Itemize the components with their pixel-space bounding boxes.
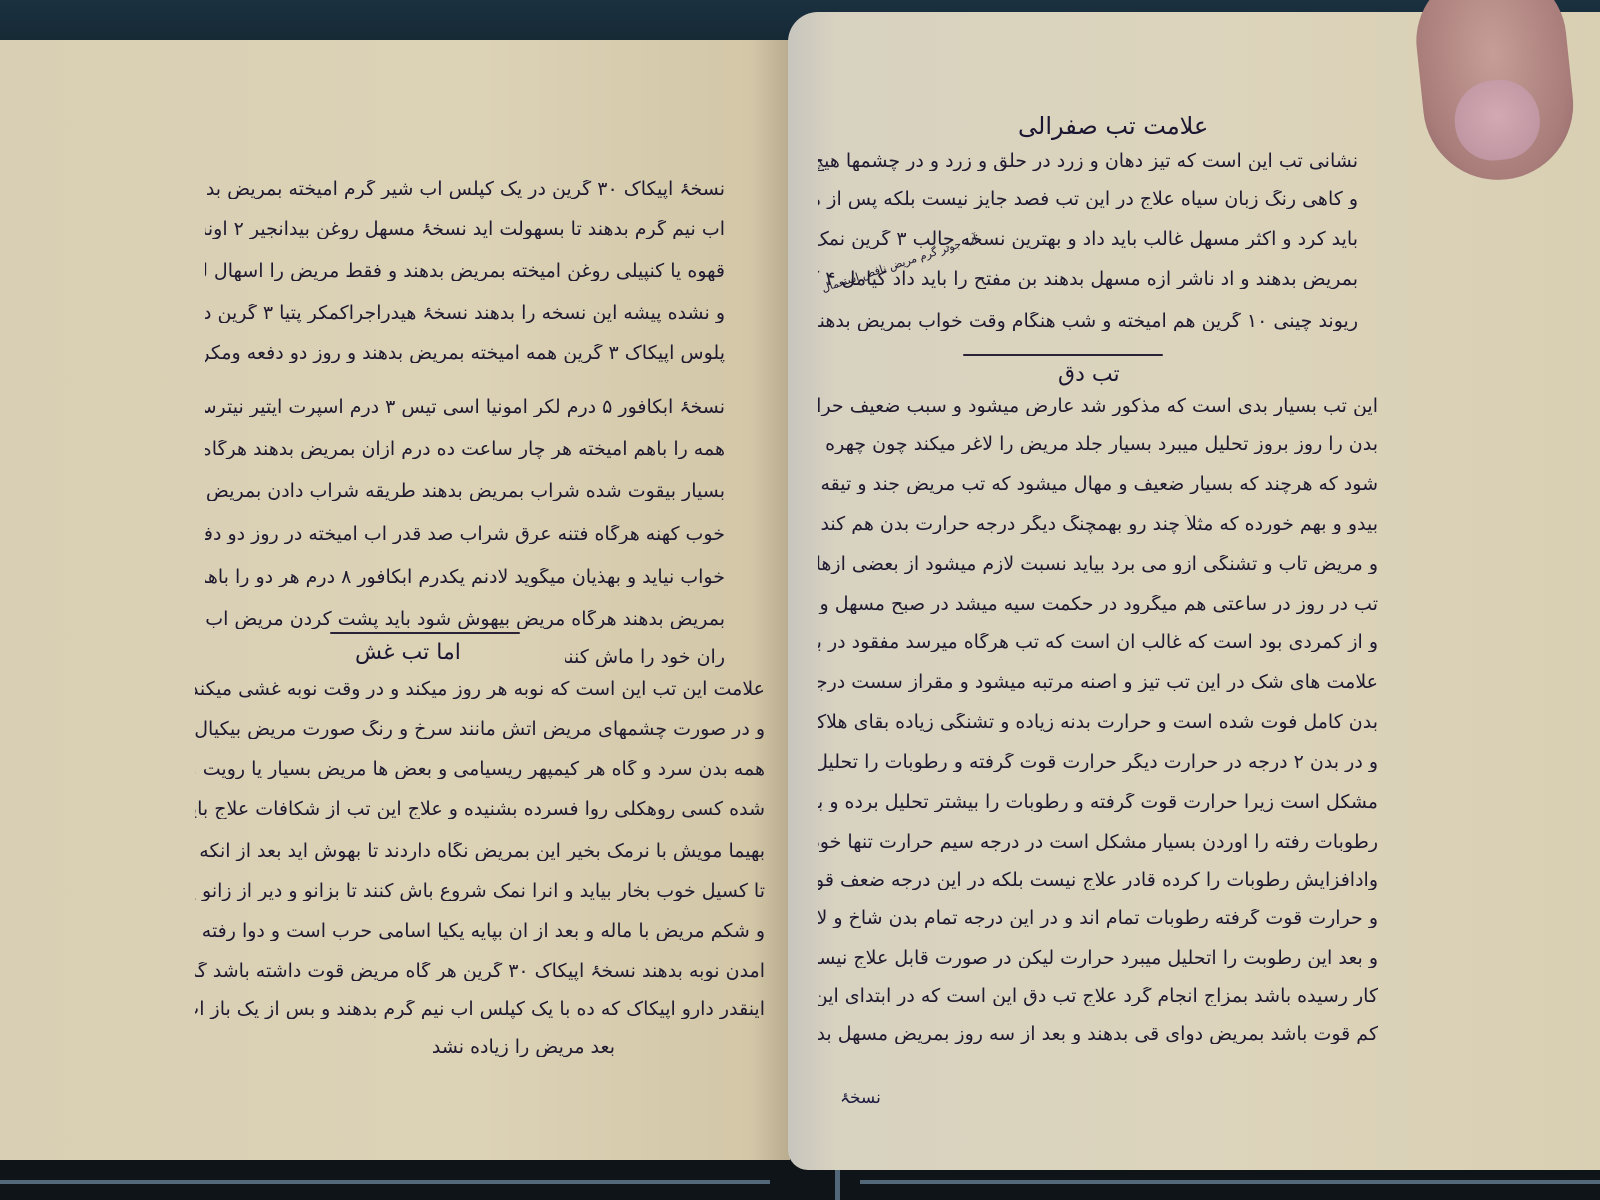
manuscript-line: ریوند چینی ۱۰ گرین هم آمیخته و شب هنگام …	[818, 312, 1358, 331]
manuscript-line: کم قوت باشد بمریض دوای قی بدهند و بعد از…	[818, 1025, 1378, 1044]
manuscript-line: و نشده پیشه این نسخه را بدهند نسخۂ هیدرا…	[205, 304, 725, 323]
right-page-text-bottom: این تب بسیار بدی است که مذکور شد عارض می…	[818, 397, 1378, 1057]
left-page-text-bottom: علامت این تب این است که نوبه هر روز میکن…	[195, 680, 765, 1080]
manuscript-line: کار رسیده باشد بمزاج انجام گرد علاج تب د…	[818, 987, 1378, 1006]
cloth-stripe	[0, 1180, 770, 1184]
manuscript-line: رطوبات رفته را آوردن بسیار مشکل است در د…	[818, 833, 1378, 852]
manuscript-line: بیدو و بهم خورده که مثلاً چند رو بهمچنگ …	[818, 515, 1378, 534]
manuscript-line: شود که هرچند که بسیار ضعیف و مهال میشود …	[818, 475, 1378, 494]
manuscript-line: علامت های شک در این تب تیز و اصنه مرتبه …	[818, 673, 1378, 692]
manuscript-line: بدن را روز بروز تحلیل میبرد بسیار جلد مر…	[818, 435, 1378, 454]
manuscript-line: مشکل است زیرا حرارت قوت گرفته و رطوبات ر…	[818, 793, 1378, 812]
section-heading-tap-diq: تب دق	[1058, 362, 1120, 387]
manuscript-line: و در بدن ۲ درجه در حرارت دیگر حرارت قوت …	[818, 753, 1378, 772]
manuscript-line: و حرارت قوت گرفته رطوبات تمام اند و در ا…	[818, 909, 1378, 928]
right-page-text-top: نشانی تب این است که تیز دهان و زرد در حل…	[818, 152, 1358, 342]
manuscript-line: بهیما مویش با نرمک بخیر این بمریض نگاه د…	[195, 842, 765, 861]
manuscript-line: و از کمردی بود است که غالب آن است که تب …	[818, 633, 1378, 652]
manuscript-line: نسخۂ اپیکاک ۳۰ گرین در یک کپلس آب شیر گر…	[205, 180, 725, 199]
manuscript-line: نشانی تب این است که تیز دهان و زرد در حل…	[818, 152, 1358, 171]
manuscript-line: قهوه یا کنپیلی روغن آمیخته بمریض بدهند و…	[205, 262, 725, 281]
section-divider-rule	[963, 354, 1163, 356]
manuscript-line: و کاهی رنگ زبان سیاه علاج در این تب فصد …	[818, 190, 1358, 209]
manuscript-line: وادافزایش رطوبات را کرده قادر علاج نیست …	[818, 871, 1378, 890]
manuscript-line: بدن کامل فوت شده است و حرارت بدنه زیاده …	[818, 713, 1378, 732]
section-divider-rule	[330, 632, 520, 634]
manuscript-line: خواب نیاید و بهذیان میگوید لادنم یکدرم آ…	[205, 568, 725, 587]
manuscript-line: خوب کهنه هرگاه فتنه عرق شراب صد قدر آب آ…	[205, 525, 725, 544]
section-heading-tap-safra: علامت تب صفرالی	[1018, 112, 1208, 140]
manuscript-line: همه را باهم آمیخته هر چار ساعت ده درم از…	[205, 440, 725, 459]
manuscript-line: آب نیم گرم بدهند تا بسهولت آید نسخۂ مسهل…	[205, 220, 725, 239]
manuscript-line: این تب بسیار بدی است که مذکور شد عارض می…	[818, 397, 1378, 416]
manuscript-line: بمریض بدهند و اد ناشر ازه مسهل بدهند بن …	[818, 270, 1358, 289]
manuscript-line: آمدن نوبه بدهند نسخۂ اپیکاک ۳۰ گرین هر گ…	[195, 962, 765, 981]
manuscript-line: و شکم مریض با ماله و بعد از آن بپایه یکی…	[195, 922, 765, 941]
manuscript-line: بمریض بدهند هرگاه مریض بیهوش شود باید پش…	[205, 610, 725, 629]
thumbnail	[1451, 76, 1544, 164]
left-manuscript-page: نسخۂ اپیکاک ۳۰ گرین در یک کپلس آب شیر گر…	[0, 40, 790, 1160]
manuscript-line: تب در روز در ساعتی هم میگرود در حکمت سیه…	[818, 595, 1378, 614]
left-page-text-top: نسخۂ اپیکاک ۳۰ گرین در یک کپلس آب شیر گر…	[205, 180, 725, 670]
manuscript-line: پلوس اپیکاک ۳ گرین همه آمیخته بمریض بدهن…	[205, 344, 725, 363]
right-manuscript-page: علامت تب صفرالی نشانی تب این است که تیز …	[788, 12, 1600, 1170]
section-heading-tap-ghash: اما تب غش	[355, 640, 461, 665]
manuscript-line: علامت این تب این است که نوبه هر روز میکن…	[195, 680, 765, 699]
manuscript-line: شده کسی روهکلی روا فسرده بشنیده و علاج ا…	[195, 800, 765, 819]
manuscript-line: بعد مریض را زیاده نشد	[375, 1038, 615, 1057]
manuscript-line: باید کرد و اکثر مسهل غالب باید داد و بهت…	[818, 230, 1358, 249]
manuscript-line: نسخۂ آبکافور ۵ درم لکر امونیا اسی تیس ۳ …	[205, 398, 725, 417]
cloth-stripe	[860, 1180, 1600, 1184]
manuscript-line: و بعد این رطوبت را اتحلیل میبرد حرارت لی…	[818, 949, 1378, 968]
catchword-folio-mark: نسخۂ	[840, 1087, 881, 1108]
manuscript-line: ران خود را ماش کنند	[565, 648, 725, 667]
manuscript-line: همه بدن سرد و گاه هر کیمپهر ریسیامی و بع…	[195, 760, 765, 779]
manuscript-line: و مریض تاب و تشنگی ازو می برد بیاید نسبت…	[818, 555, 1378, 574]
manuscript-line: تا کسیل خوب بخار بیاید و انرا نمک شروع ب…	[195, 882, 765, 901]
manuscript-line: اینقدر دارو اپیکاک که ده با یک کپلس آب ن…	[195, 1000, 765, 1019]
manuscript-line: بسیار بیقوت شده شراب بمریض بدهند طریقه ش…	[205, 482, 725, 501]
manuscript-line: و در صورت چشمهای مریض آتش مانند سرخ و رن…	[195, 720, 765, 739]
